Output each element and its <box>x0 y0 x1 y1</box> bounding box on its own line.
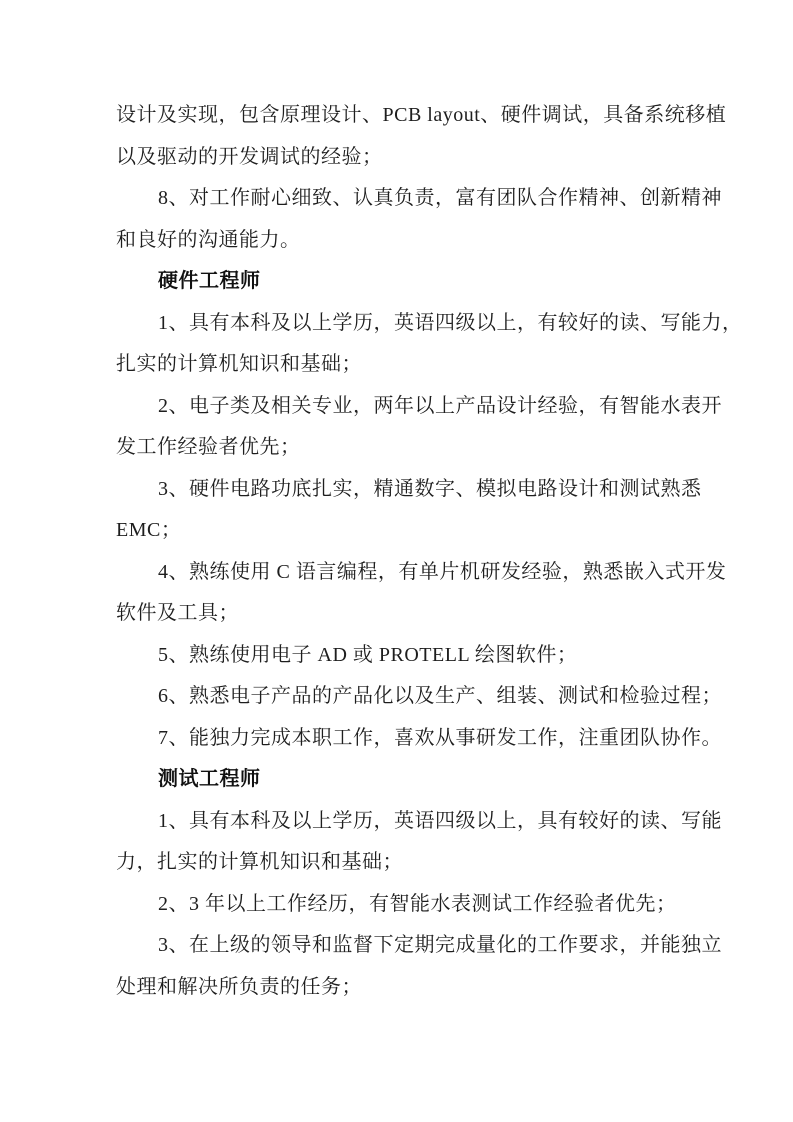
text-line: 处理和解决所负责的任务； <box>116 967 776 1009</box>
text-line-item-3: 3、在上级的领导和监督下定期完成量化的工作要求，并能独立 <box>116 925 776 967</box>
text-line: 和良好的沟通能力。 <box>116 220 776 262</box>
text-line-item-1: 1、具有本科及以上学历，英语四级以上，具有较好的读、写能 <box>116 801 776 843</box>
text-line: EMC； <box>116 510 776 552</box>
text-line-item-5: 5、熟练使用电子 AD 或 PROTELL 绘图软件； <box>116 635 776 677</box>
text-line-item-2: 2、3 年以上工作经历，有智能水表测试工作经验者优先； <box>116 884 776 926</box>
document-body: 设计及实现，包含原理设计、PCB layout、硬件调试，具备系统移植 以及驱动… <box>116 95 776 1008</box>
text-line-item-7: 7、能独力完成本职工作，喜欢从事研发工作，注重团队协作。 <box>116 718 776 760</box>
text-line: 力，扎实的计算机知识和基础； <box>116 842 776 884</box>
text-line-item-2: 2、电子类及相关专业，两年以上产品设计经验，有智能水表开 <box>116 386 776 428</box>
document-page: 设计及实现，包含原理设计、PCB layout、硬件调试，具备系统移植 以及驱动… <box>0 0 793 1122</box>
section-heading-hardware-engineer: 硬件工程师 <box>116 261 776 303</box>
text-line-item-8: 8、对工作耐心细致、认真负责，富有团队合作精神、创新精神 <box>116 178 776 220</box>
text-line: 扎实的计算机知识和基础； <box>116 344 776 386</box>
text-line-item-3: 3、硬件电路功底扎实，精通数字、模拟电路设计和测试熟悉 <box>116 469 776 511</box>
text-line-item-1: 1、具有本科及以上学历，英语四级以上，有较好的读、写能力， <box>116 303 776 345</box>
text-line-item-6: 6、熟悉电子产品的产品化以及生产、组装、测试和检验过程； <box>116 676 776 718</box>
text-line: 以及驱动的开发调试的经验； <box>116 137 776 179</box>
text-line: 发工作经验者优先； <box>116 427 776 469</box>
text-line-item-4: 4、熟练使用 C 语言编程，有单片机研发经验，熟悉嵌入式开发 <box>116 552 776 594</box>
text-line: 设计及实现，包含原理设计、PCB layout、硬件调试，具备系统移植 <box>116 95 776 137</box>
section-heading-test-engineer: 测试工程师 <box>116 759 776 801</box>
text-line: 软件及工具； <box>116 593 776 635</box>
